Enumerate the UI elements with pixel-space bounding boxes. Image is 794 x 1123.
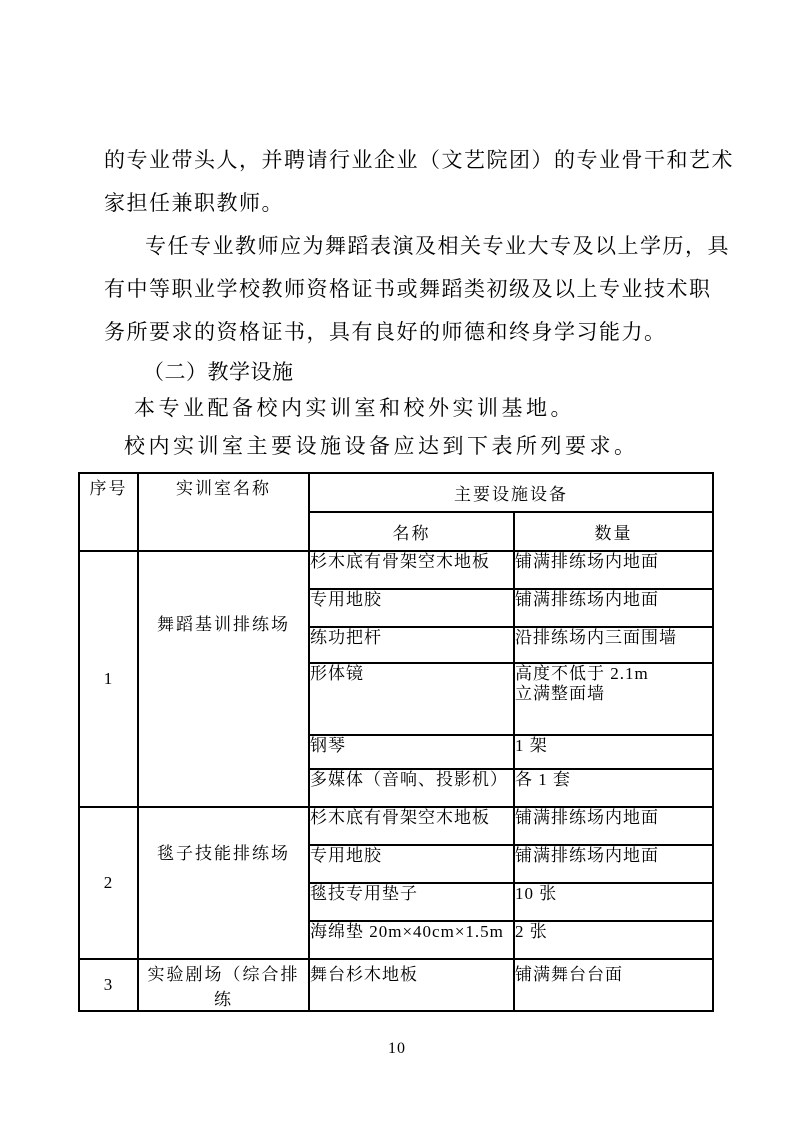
col-header-facilities: 主要设施设备 xyxy=(309,473,713,512)
paragraph-1-line-1: 的专业带头人，并聘请行业企业（文艺院团）的专业骨干和艺术 xyxy=(104,139,729,182)
table-row: 2 毯子技能排练场 杉木底有骨架空木地板 铺满排练场内地面 xyxy=(79,807,713,845)
equipment-name: 钢琴 xyxy=(309,735,514,769)
paragraph-2-line-3: 务所要求的资格证书，具有良好的师德和终身学习能力。 xyxy=(104,311,729,354)
equipment-name: 杉木底有骨架空木地板 xyxy=(309,551,514,589)
facilities-table: 序号 实训室名称 主要设施设备 名称 数量 1 舞蹈基训排练场 杉木底有骨架空木… xyxy=(78,472,714,1012)
equipment-quantity: 铺满舞台台面 xyxy=(514,959,713,1011)
index-cell-group-1: 1 xyxy=(79,551,138,807)
equipment-quantity: 铺满排练场内地面 xyxy=(514,589,713,627)
equipment-name: 舞台杉木地板 xyxy=(309,959,514,1011)
equipment-name: 形体镜 xyxy=(309,663,514,735)
paragraph-1-line-2: 家担任兼职教师。 xyxy=(104,182,729,225)
equipment-name: 多媒体（音响、投影机） xyxy=(309,769,514,807)
section-heading: （二）教学设施 xyxy=(104,354,729,390)
col-header-index: 序号 xyxy=(79,473,138,551)
col-header-quantity: 数量 xyxy=(514,512,713,551)
document-page: 的专业带头人，并聘请行业企业（文艺院团）的专业骨干和艺术 家担任兼职教师。 专任… xyxy=(0,0,794,1123)
equipment-name: 专用地胶 xyxy=(309,589,514,627)
equipment-quantity: 2 张 xyxy=(514,921,713,959)
equipment-quantity: 铺满排练场内地面 xyxy=(514,807,713,845)
equipment-quantity: 各 1 套 xyxy=(514,769,713,807)
room-cell-group-2: 毯子技能排练场 xyxy=(138,807,309,959)
paragraph-2-line-2: 有中等职业学校教师资格证书或舞蹈类初级及以上专业技术职 xyxy=(104,268,729,311)
equipment-quantity: 1 架 xyxy=(514,735,713,769)
equipment-name: 海绵垫 20m×40cm×1.5m xyxy=(309,921,514,959)
equipment-name: 毯技专用垫子 xyxy=(309,883,514,921)
equipment-name: 练功把杆 xyxy=(309,627,514,663)
paragraph-3: 本专业配备校内实训室和校外实训基地。 xyxy=(104,390,729,427)
equipment-quantity: 沿排练场内三面围墙 xyxy=(514,627,713,663)
equipment-quantity: 铺满排练场内地面 xyxy=(514,551,713,589)
room-cell-group-1: 舞蹈基训排练场 xyxy=(138,551,309,807)
index-cell-group-3: 3 xyxy=(79,959,138,1011)
equipment-quantity: 10 张 xyxy=(514,883,713,921)
page-number: 10 xyxy=(0,1040,794,1058)
table-row: 1 舞蹈基训排练场 杉木底有骨架空木地板 铺满排练场内地面 xyxy=(79,551,713,589)
room-cell-group-3: 实验剧场（综合排练 xyxy=(138,959,309,1011)
paragraph-2-line-1: 专任专业教师应为舞蹈表演及相关专业大专及以上学历，具 xyxy=(104,225,729,268)
table-header-row-1: 序号 实训室名称 主要设施设备 xyxy=(79,473,713,512)
equipment-quantity: 高度不低于 2.1m 立满整面墙 xyxy=(514,663,713,735)
paragraph-4: 校内实训室主要设施设备应达到下表所列要求。 xyxy=(104,427,729,466)
quantity-line-2: 立满整面墙 xyxy=(515,684,712,704)
equipment-name: 专用地胶 xyxy=(309,845,514,883)
col-header-name: 名称 xyxy=(309,512,514,551)
index-cell-group-2: 2 xyxy=(79,807,138,959)
col-header-room: 实训室名称 xyxy=(138,473,309,551)
equipment-name: 杉木底有骨架空木地板 xyxy=(309,807,514,845)
body-text: 的专业带头人，并聘请行业企业（文艺院团）的专业骨干和艺术 家担任兼职教师。 专任… xyxy=(104,139,729,466)
equipment-quantity: 铺满排练场内地面 xyxy=(514,845,713,883)
table-row: 3 实验剧场（综合排练 舞台杉木地板 铺满舞台台面 xyxy=(79,959,713,1011)
quantity-line-1: 高度不低于 2.1m xyxy=(515,664,712,684)
